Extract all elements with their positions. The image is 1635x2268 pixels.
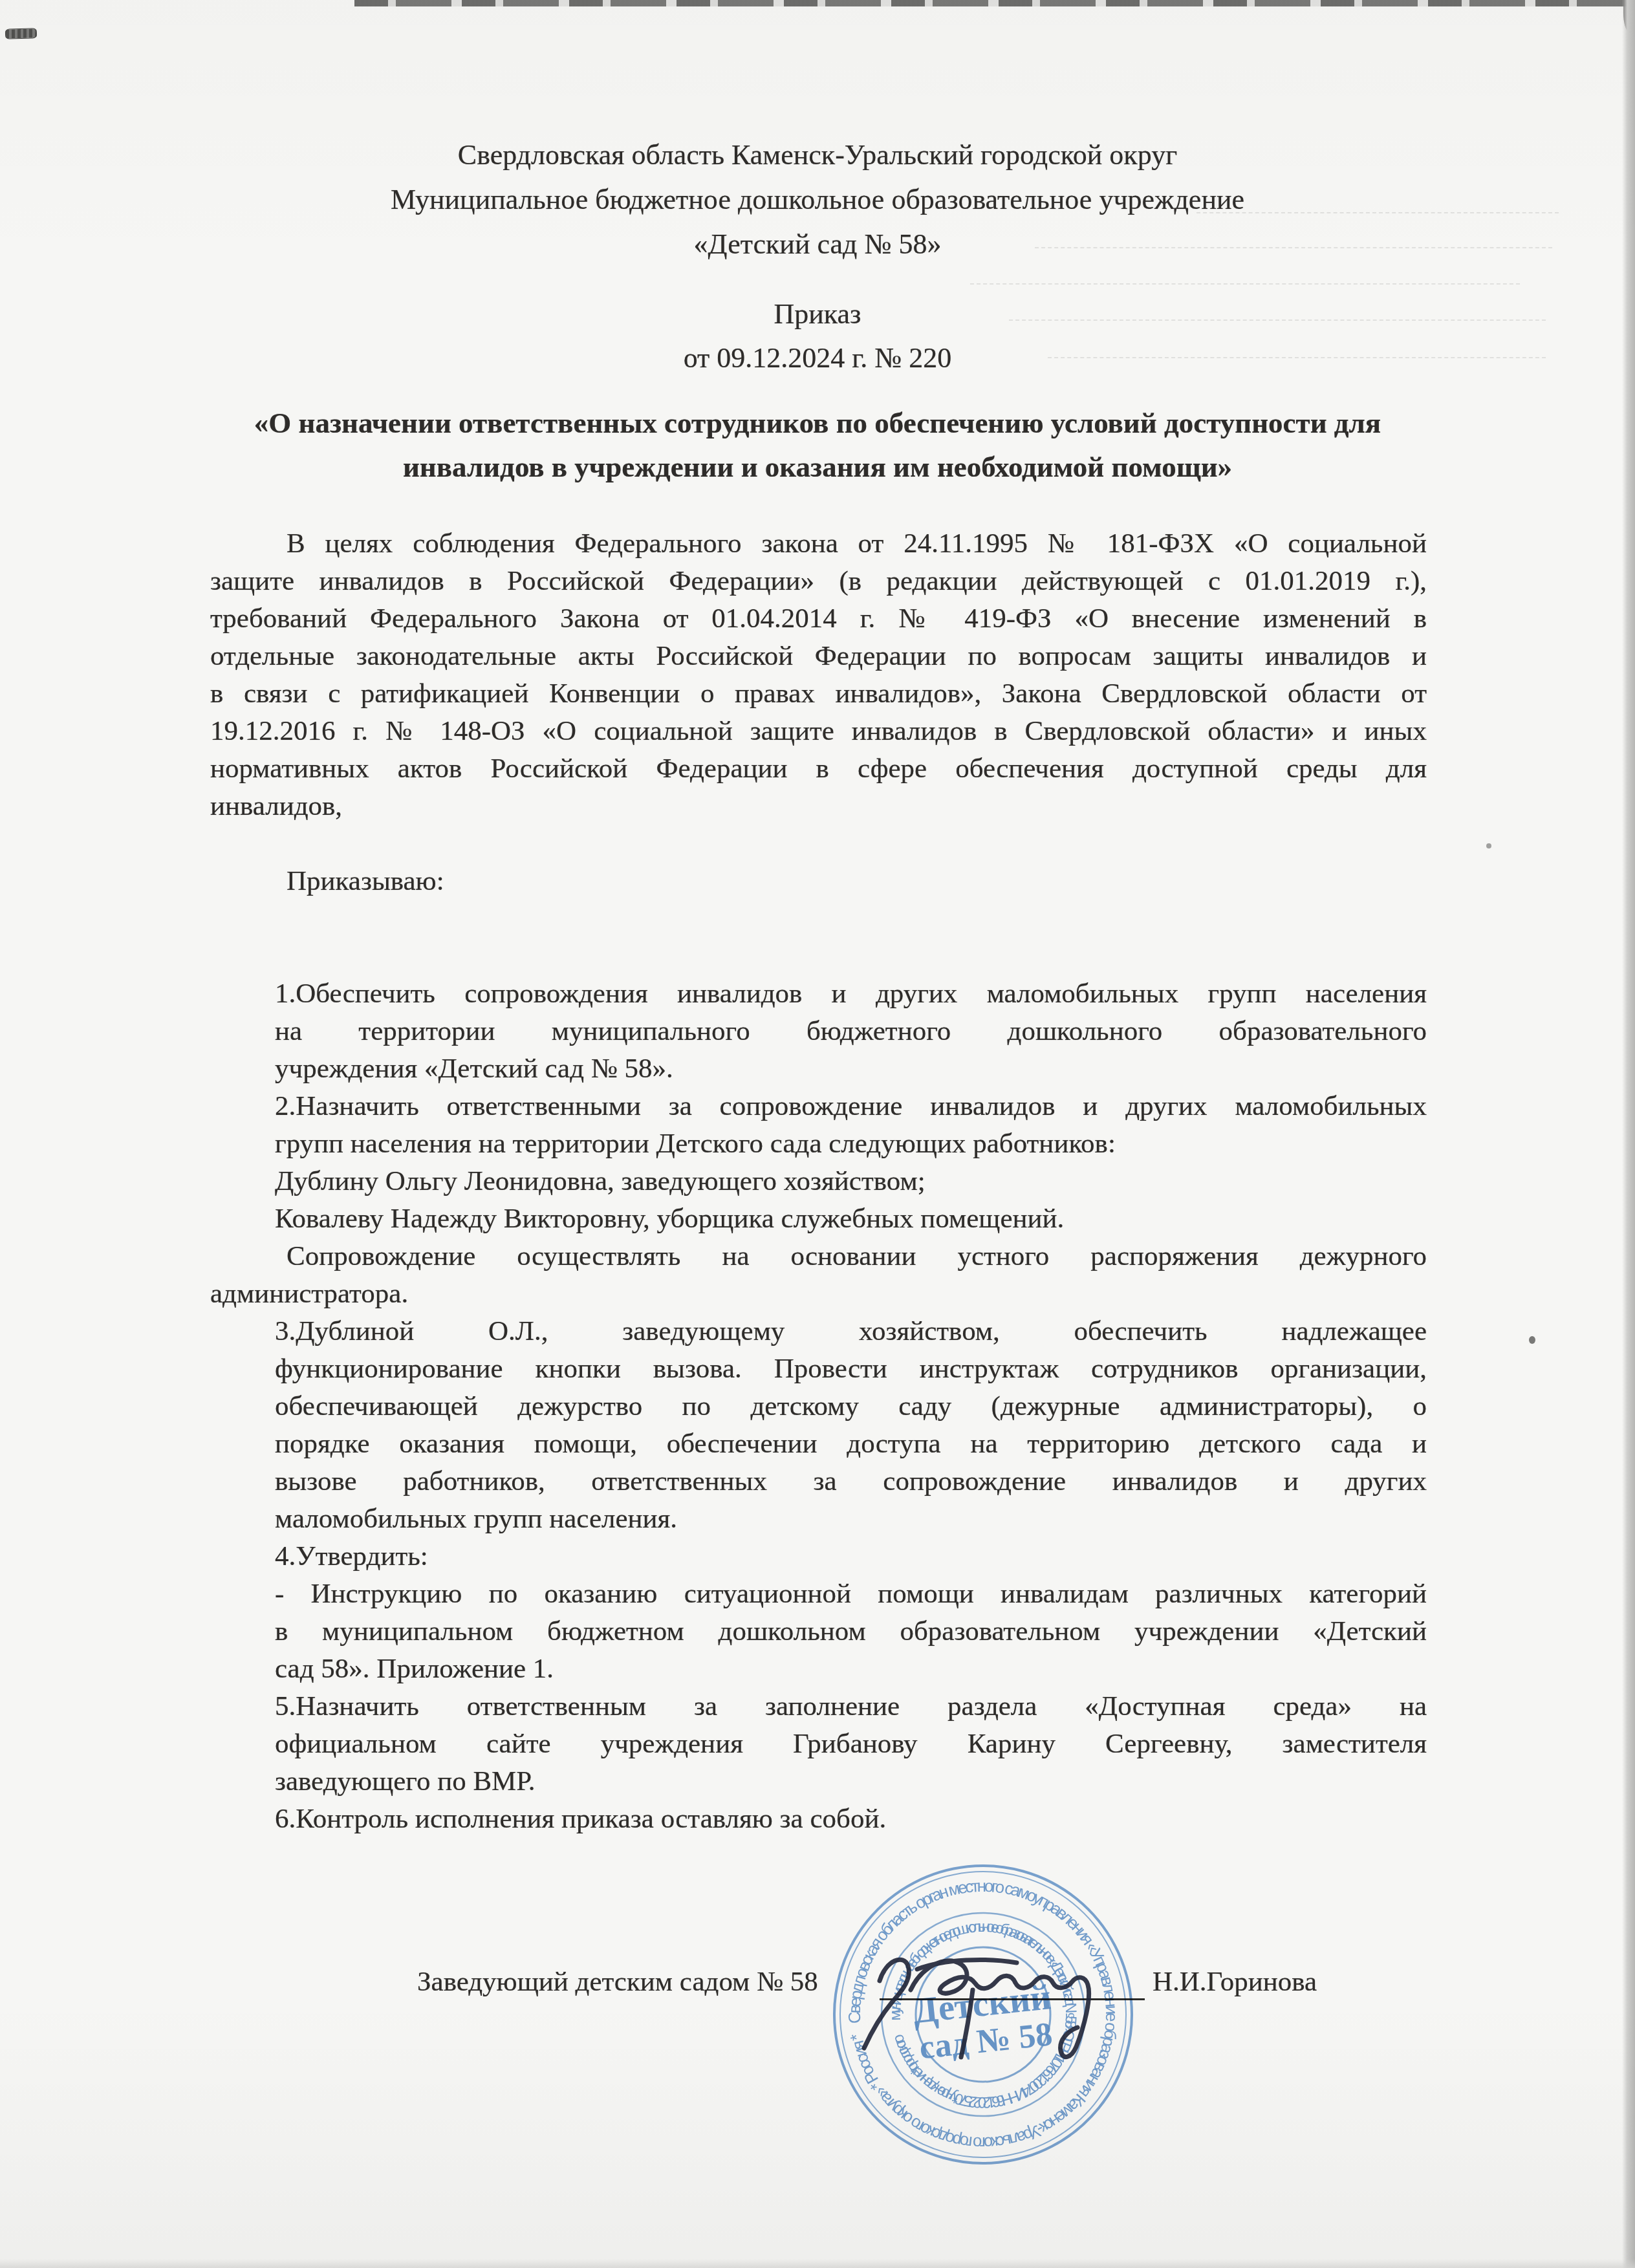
- document-body-lines: В целях соблюдения Федерального закона о…: [0, 525, 1635, 1838]
- document-line: инвалидов,: [0, 788, 1635, 825]
- org-region-line: Свердловская область Каменск-Уральский г…: [0, 133, 1635, 177]
- document-line: обеспечивающей дежурство по детскому сад…: [0, 1388, 1635, 1425]
- document-line: администратора.: [0, 1275, 1635, 1313]
- document-blank-line: [0, 825, 1635, 863]
- document-line: в муниципальном бюджетном дошкольном обр…: [0, 1613, 1635, 1650]
- document-line: официальном сайте учреждения Грибанову К…: [0, 1725, 1635, 1763]
- document-title: «О назначении ответственных сотрудников …: [91, 401, 1544, 489]
- signature-main-stroke: [911, 1961, 1089, 2057]
- handwritten-signature: [834, 1930, 1158, 2079]
- document-line: В целях соблюдения Федерального закона о…: [0, 525, 1635, 563]
- staple-mark: [5, 28, 38, 39]
- document-line: функционирование кнопки вызова. Провести…: [0, 1350, 1635, 1388]
- document-line: сад 58». Приложение 1.: [0, 1650, 1635, 1688]
- scanned-document-page: Свердловская область Каменск-Уральский г…: [0, 0, 1635, 2268]
- document-line: 4.Утвердить:: [0, 1538, 1635, 1575]
- org-name-line: Муниципальное бюджетное дошкольное образ…: [0, 177, 1635, 222]
- document-line: в связи с ратификацией Конвенции о права…: [0, 675, 1635, 713]
- document-line: маломобильных групп населения.: [0, 1500, 1635, 1538]
- document-line: Сопровождение осуществлять на основании …: [0, 1238, 1635, 1275]
- signature-descender-stroke: [961, 1990, 973, 2057]
- document-title-line1: «О назначении ответственных сотрудников …: [91, 401, 1544, 445]
- doc-type: Приказ: [0, 292, 1635, 336]
- order-heading: Приказ от 09.12.2024 г. № 220: [0, 292, 1635, 380]
- bleed-through-line: [970, 283, 1520, 285]
- org-title-line: «Детский сад № 58»: [0, 222, 1635, 266]
- document-title-line2: инвалидов в учреждении и оказания им нео…: [91, 445, 1544, 489]
- document-line: Дублину Ольгу Леонидовна, заведующего хо…: [0, 1163, 1635, 1200]
- document-line: - Инструкцию по оказанию ситуационной по…: [0, 1575, 1635, 1613]
- document-line: 1.Обеспечить сопровождения инвалидов и д…: [0, 975, 1635, 1013]
- doc-date-number: от 09.12.2024 г. № 220: [0, 336, 1635, 380]
- signature-initial-stroke: [864, 1960, 909, 2048]
- document-line: требований Федерального Закона от 01.04.…: [0, 600, 1635, 638]
- document-blank-line: [0, 900, 1635, 938]
- scan-edge-artifact-bottom: [0, 2259, 1635, 2268]
- document-line: Ковалеву Надежду Викторовну, уборщика сл…: [0, 1200, 1635, 1238]
- signature-name: Н.И.Горинова: [1153, 1966, 1317, 1998]
- signature-label: Заведующий детским садом № 58: [417, 1966, 818, 1998]
- document-line: нормативных актов Российской Федерации в…: [0, 750, 1635, 788]
- document-line: 5.Назначить ответственным за заполнение …: [0, 1688, 1635, 1725]
- document-line: 19.12.2016 г. № 148-ОЗ «О социальной защ…: [0, 713, 1635, 750]
- document-line: 2.Назначить ответственными за сопровожде…: [0, 1088, 1635, 1125]
- document-line: порядке оказания помощи, обеспечении дос…: [0, 1425, 1635, 1463]
- document-line: групп населения на территории Детского с…: [0, 1125, 1635, 1163]
- document-line: защите инвалидов в Российской Федерации»…: [0, 563, 1635, 600]
- document-line: учреждения «Детский сад № 58».: [0, 1050, 1635, 1088]
- document-blank-line: [0, 938, 1635, 975]
- scan-edge-artifact-top: [354, 0, 1635, 6]
- document-header: Свердловская область Каменск-Уральский г…: [0, 133, 1635, 266]
- document-line: 3.Дублиной О.Л., заведующему хозяйством,…: [0, 1313, 1635, 1350]
- document-line: отдельные законодательные акты Российско…: [0, 638, 1635, 675]
- document-line: вызове работников, ответственных за сопр…: [0, 1463, 1635, 1500]
- document-line: 6.Контроль исполнения приказа оставляю з…: [0, 1800, 1635, 1838]
- document-line: на территории муниципального бюджетного …: [0, 1013, 1635, 1050]
- document-line: Приказываю:: [0, 863, 1635, 900]
- document-line: заведующего по ВМР.: [0, 1763, 1635, 1800]
